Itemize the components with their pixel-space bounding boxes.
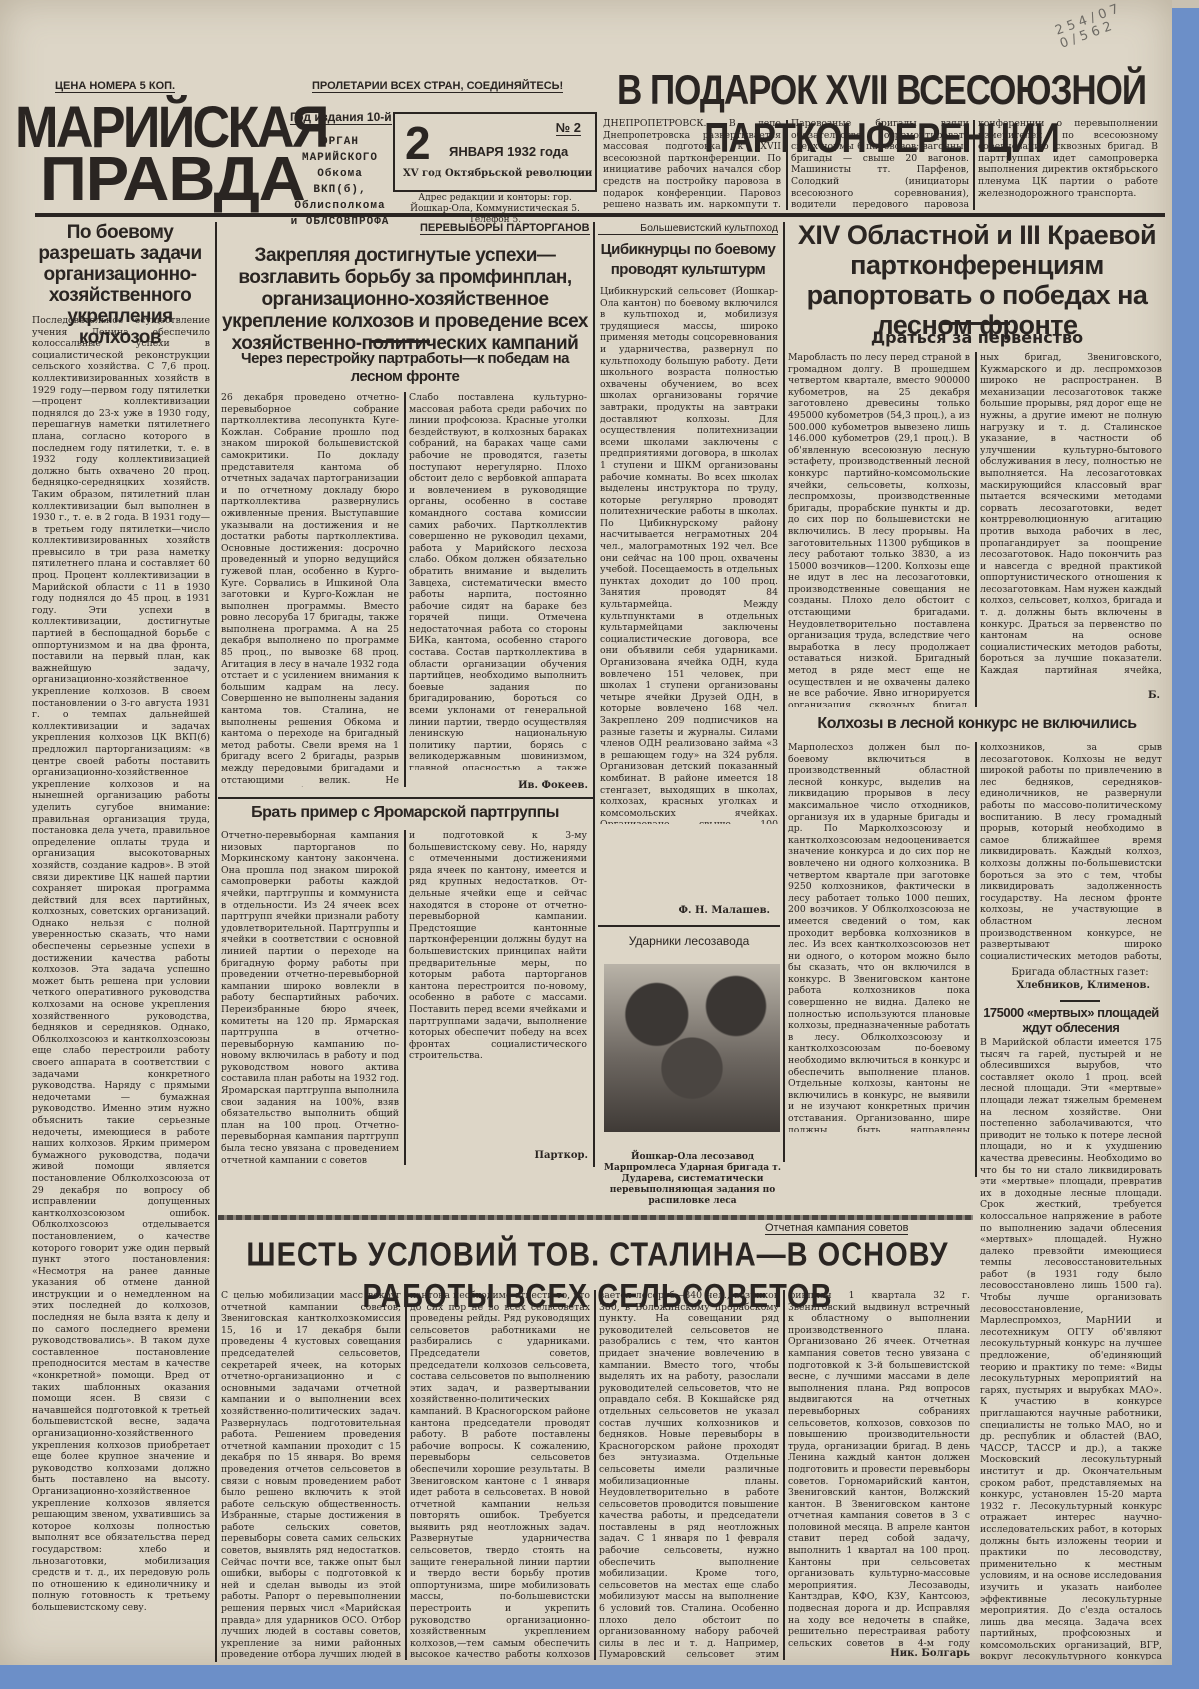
center-rubric: ПЕРЕВЫБОРЫ ПАРТОРГАНОВ — [420, 222, 590, 235]
center-col1: 26 декабря проведено отчетно-перевыборно… — [221, 392, 399, 787]
kolkhoz-col2: колхозников, за срыв лесозаготовок. Колх… — [980, 742, 1162, 960]
culture-rubric: Большевистский культпоход — [598, 222, 778, 235]
organ-line: Обкома ВКП(б), — [290, 166, 390, 198]
signature: Ник. Болгарь — [880, 1648, 970, 1659]
column-rule — [404, 392, 406, 787]
bottom-col1: С целью мобилизации масс вокруг отчетной… — [221, 1290, 401, 1660]
column-rule — [786, 120, 788, 210]
dead-area-body: В Марийской области имеется 175 тысяч га… — [980, 1037, 1162, 1660]
column-rule — [593, 222, 595, 1167]
signature: Хлебников, Клименов. — [1000, 980, 1150, 991]
organ-line: МАРИЙСКОГО — [290, 150, 390, 166]
bottom-col4: финплан 1 квартала 32 г. Звениговский вы… — [788, 1290, 970, 1650]
column-rule — [973, 120, 975, 210]
top-story-col2: Паровозные бригады взяли обязательство о… — [791, 118, 969, 210]
organ-line: Облисполкома — [290, 198, 390, 214]
signature: Ив. Фокеев. — [470, 780, 588, 791]
organ-line: ОРГАН — [290, 134, 390, 150]
center-col3: Отчетно-перевыборная кампания низовых па… — [221, 830, 399, 1165]
column-rule — [975, 742, 977, 1177]
top-story-col1: ДНЕПРОПЕТРОВСК. В депо Днепропетровска р… — [603, 118, 781, 210]
dead-area-headline: 175000 «мертвых» площадей ждут облесения — [980, 1005, 1162, 1035]
photo-workers — [604, 964, 780, 1132]
column-rule — [783, 1290, 785, 1660]
date-day: 2 — [405, 116, 431, 170]
divider — [1060, 1000, 1100, 1002]
culture-body: Цибикнурский сельсовет (Йошкар-Ола канто… — [600, 286, 778, 824]
photo-caption: Йошкар-Ола лесозавод Марпромлеса Ударная… — [600, 1152, 785, 1207]
pencil-note: 2 5 4 / 0 7 0 / 5 6 2 — [1054, 2, 1137, 73]
newspaper-page: 2 5 4 / 0 7 0 / 5 6 2 ЦЕНА НОМЕРА 5 КОП.… — [0, 0, 1172, 1665]
newspaper-title-line2: ПРАВДА — [40, 150, 305, 210]
column-rule — [975, 352, 977, 707]
right-col2: ных бригад, Звениговского, Кужмарского и… — [980, 352, 1162, 677]
issue-number: № 2 — [556, 120, 581, 136]
column-rule — [215, 222, 217, 1662]
column-rule — [783, 222, 785, 1162]
photo-title: Ударники лесозавода — [598, 934, 780, 948]
culture-headline: Цибикнурцы по боевому проводят культштур… — [598, 240, 778, 280]
center-headline2: Брать пример с Яромарской партгруппы — [220, 803, 590, 823]
divider — [940, 322, 1010, 325]
kolkhoz-col1: Марполесхоз должен был по-боевому включи… — [788, 742, 970, 1132]
hatched-divider — [218, 1215, 973, 1220]
column-rule — [405, 1290, 407, 1660]
divider — [218, 797, 593, 799]
publication-year: Год издания 10-й — [290, 110, 392, 125]
signature: Парткор. — [470, 1150, 588, 1161]
right-subhead: Драться за первенство — [787, 328, 1167, 347]
column-rule — [404, 830, 406, 1165]
bottom-col3: вается лесоруб—340 чел., возчиков 380, в… — [599, 1290, 779, 1660]
top-story-col3: конференции о перевыполнении измерителей… — [978, 118, 1158, 210]
center-subhead: Через перестройку партработы—к победам н… — [225, 350, 585, 386]
right-col1: Маробласть по лесу перед страной в грома… — [788, 352, 970, 707]
price-label: ЦЕНА НОМЕРА 5 КОП. — [55, 80, 175, 93]
center-headline: Закрепляя достигнутые успехи—возглавить … — [220, 245, 590, 355]
bottom-col2: кантона необходимо отнести то, что до си… — [410, 1290, 590, 1660]
bottom-rubric: Отчетная кампания советов — [765, 1222, 908, 1235]
column-rule — [594, 1290, 596, 1660]
divider — [598, 925, 780, 927]
masthead-rule — [35, 213, 1165, 217]
kolkhoz-headline: Колхозы в лесной конкурс не включились — [787, 714, 1167, 734]
signature-label: Бригада областных газет: — [1000, 967, 1160, 978]
signature: Ф. Н. Малашев. — [620, 905, 770, 916]
date-box: 2 № 2 ЯНВАРЯ 1932 года XV год Октябрьско… — [393, 112, 597, 192]
signature: Б. — [1100, 690, 1160, 701]
divider — [370, 340, 430, 343]
date-month-year: ЯНВАРЯ 1932 года — [449, 144, 568, 159]
revolution-year: XV год Октябрьской революции — [403, 168, 592, 179]
center-col4: и подготовкой к 3-му большевистскому сев… — [409, 830, 587, 1140]
slogan: ПРОЛЕТАРИИ ВСЕХ СТРАН, СОЕДИНЯЙТЕСЬ! — [312, 80, 563, 93]
left-article-body: Последовательное осуществление учения Ле… — [32, 315, 210, 1660]
center-col2: Слабо поставлена культурно-массовая рабо… — [409, 392, 587, 770]
